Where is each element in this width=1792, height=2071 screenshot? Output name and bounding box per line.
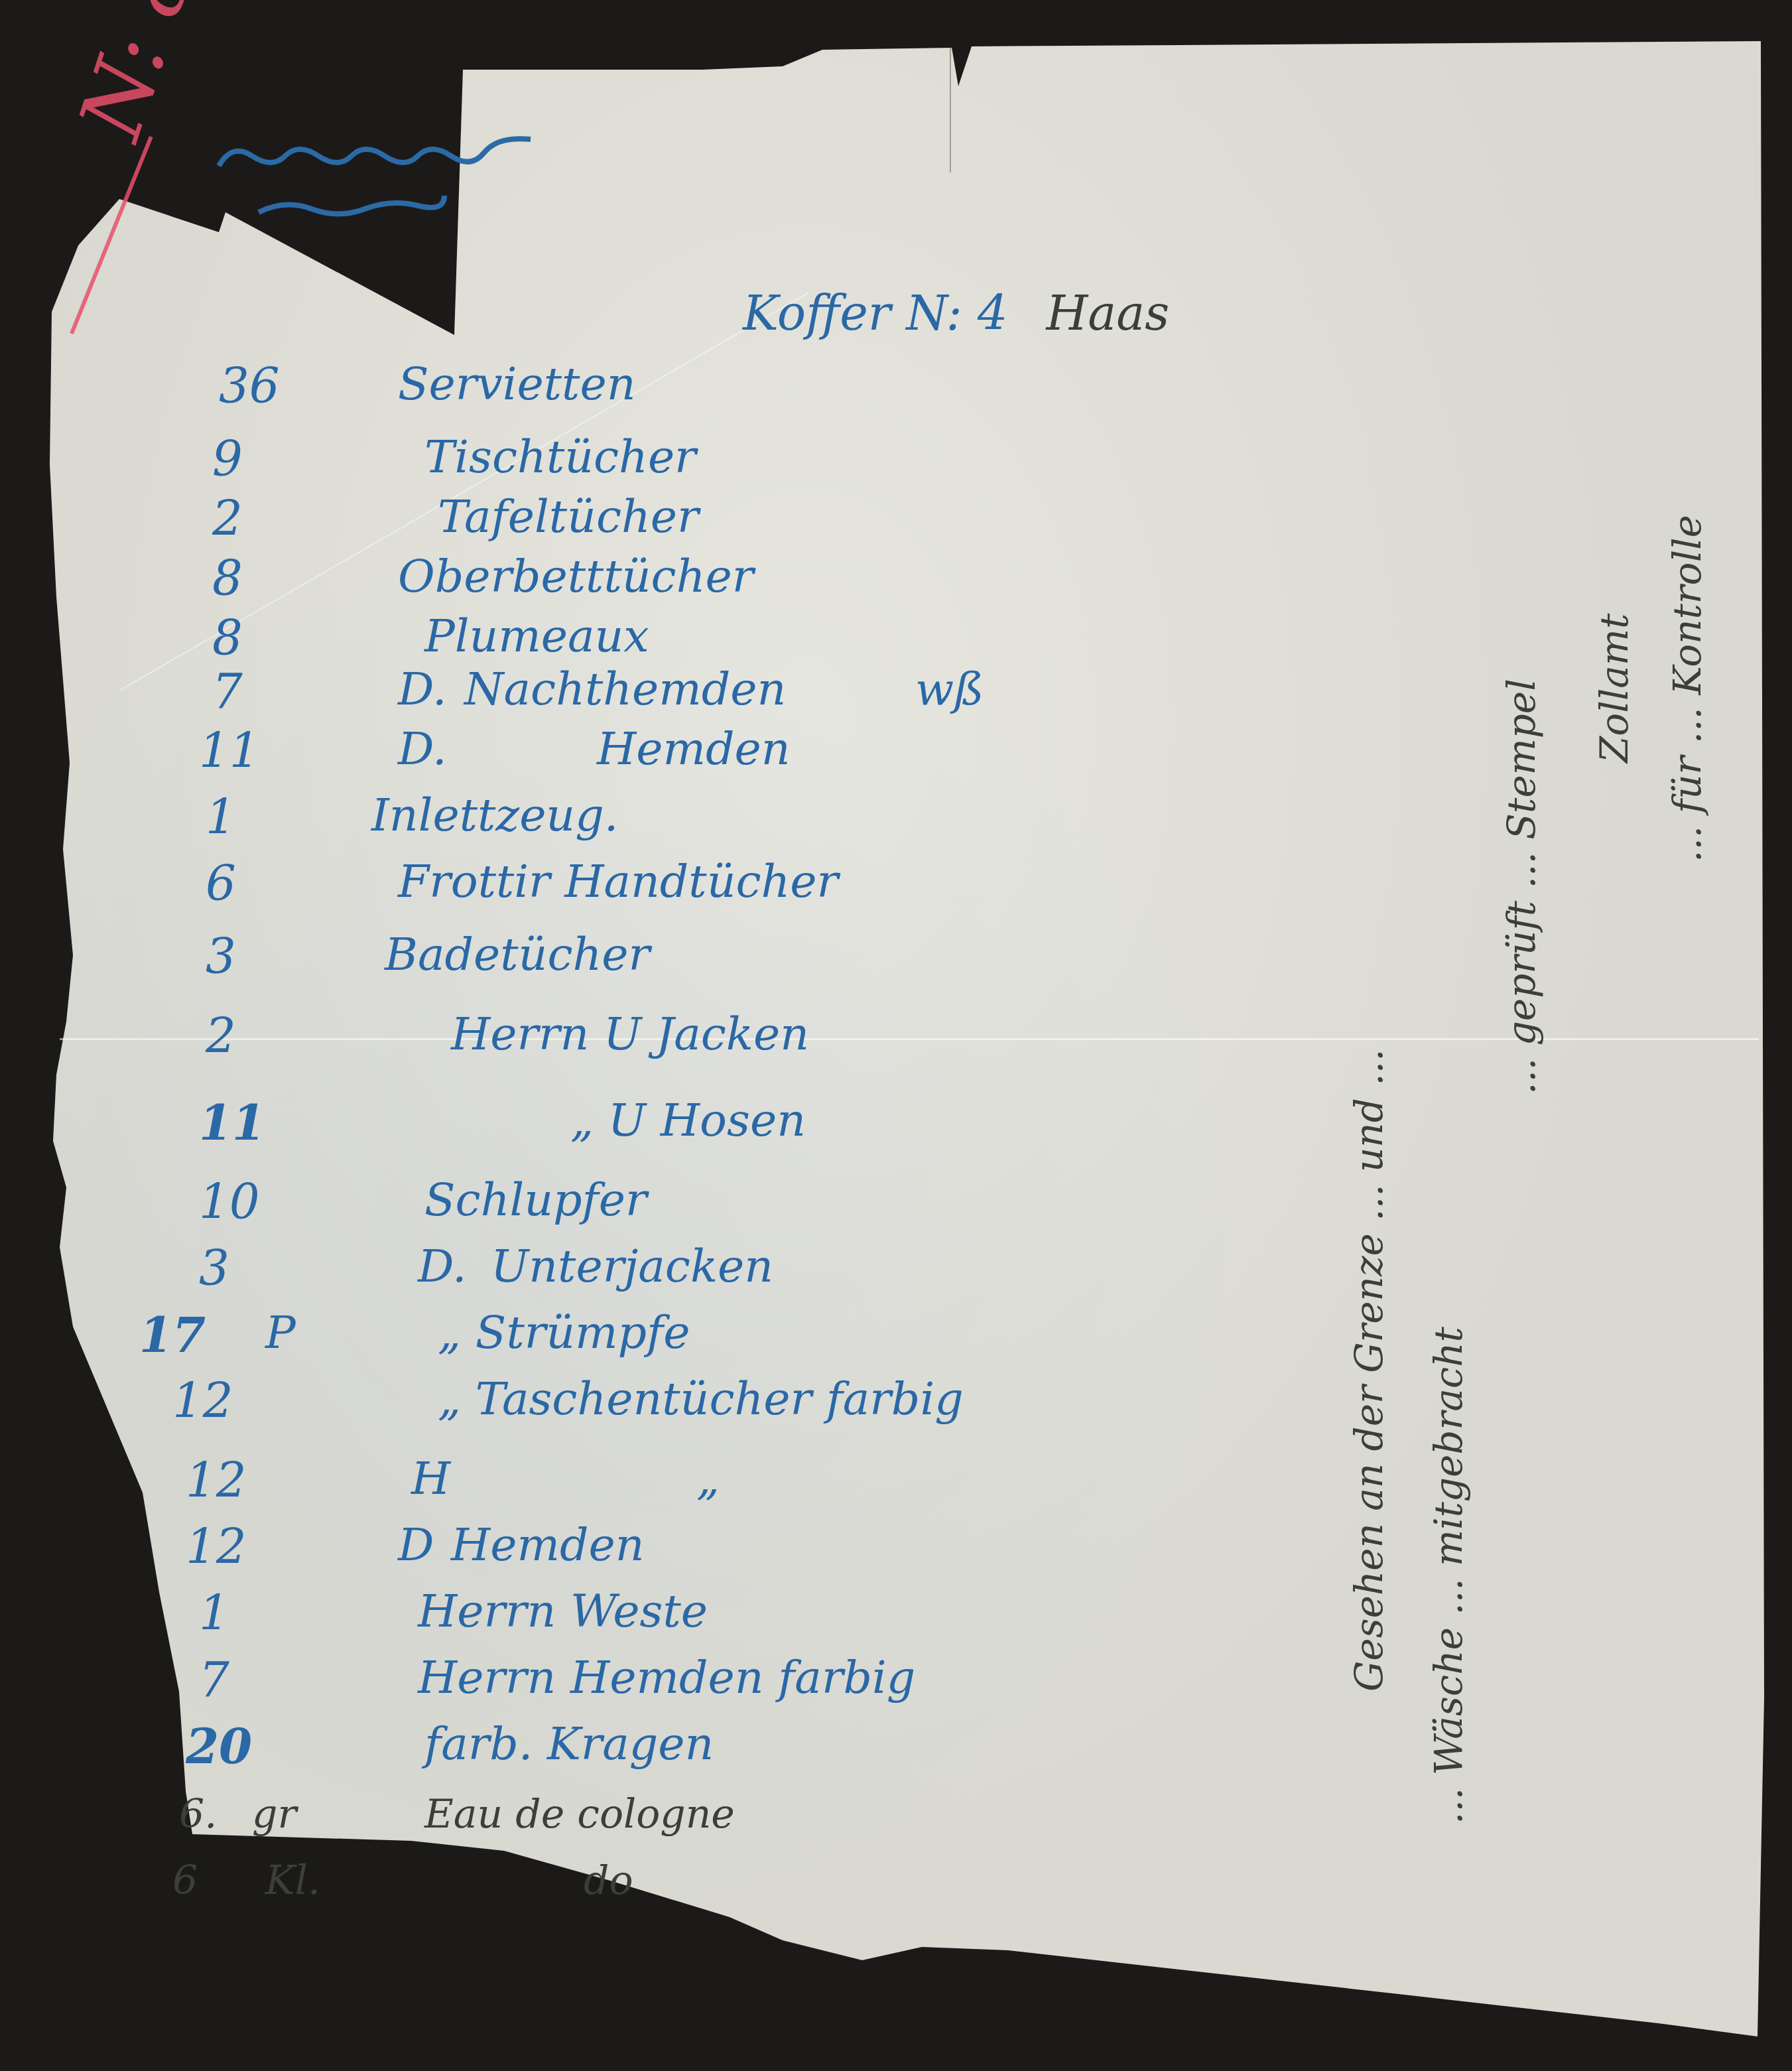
item-label: Schlupfer bbox=[424, 1174, 647, 1227]
item-prefix: D bbox=[398, 1519, 434, 1571]
item-label: „ Taschentücher farbig bbox=[438, 1373, 964, 1426]
item-label: Tafeltücher bbox=[438, 491, 699, 543]
addition-unit: gr bbox=[252, 1791, 296, 1837]
item-qty: 3 bbox=[199, 1240, 229, 1296]
item-qty: 1 bbox=[199, 1585, 229, 1641]
item-label: Plumeaux bbox=[424, 610, 649, 663]
item-qty: 10 bbox=[199, 1174, 260, 1230]
item-prefix: D. bbox=[418, 1240, 467, 1293]
item-prefix: D. bbox=[398, 663, 447, 716]
item-label: Badetücher bbox=[385, 929, 650, 981]
margin-note: Gesehen an der Grenze ... und ... bbox=[1346, 1049, 1391, 1692]
item-qty: 6 bbox=[206, 856, 236, 911]
addition-qty: 6 bbox=[172, 1857, 198, 1904]
item-label: Herrn Hemden farbig bbox=[418, 1652, 915, 1704]
item-qty: 9 bbox=[212, 431, 243, 487]
item-label: Hemden bbox=[451, 1519, 645, 1571]
item-label: Tischtücher bbox=[424, 431, 696, 484]
item-qty: 12 bbox=[186, 1519, 247, 1575]
heading-name: Haas bbox=[1047, 285, 1170, 341]
addition-label: Eau de cologne bbox=[424, 1791, 735, 1837]
item-label: Unterjacken bbox=[491, 1240, 773, 1293]
document-scan: N: 8 Koffer N: 4 Haas 36 Servietten 9 Ti… bbox=[0, 0, 1792, 2071]
item-qty: 8 bbox=[212, 610, 243, 666]
addition-label: do bbox=[584, 1857, 633, 1904]
document-heading: Koffer N: 4 Haas bbox=[743, 285, 1169, 342]
item-prefix: H bbox=[411, 1453, 450, 1505]
item-qty: 7 bbox=[212, 663, 243, 719]
margin-note: ... geprüft ... Stempel bbox=[1499, 679, 1544, 1095]
item-label: farb. Kragen bbox=[424, 1718, 714, 1770]
item-qty: 20 bbox=[186, 1718, 252, 1774]
red-number-mark: N: 8 bbox=[60, 0, 212, 151]
wave-flourish-icon bbox=[212, 129, 544, 182]
item-qty: 11 bbox=[199, 723, 260, 779]
item-qty: 1 bbox=[206, 789, 236, 845]
item-qty: 11 bbox=[199, 1095, 265, 1151]
addition-qty: 6. bbox=[179, 1791, 217, 1837]
item-label: Servietten bbox=[398, 358, 635, 411]
item-label: Herrn U Jacken bbox=[451, 1008, 809, 1061]
item-qty: 12 bbox=[172, 1373, 233, 1429]
item-qty: 3 bbox=[206, 929, 236, 984]
item-label: „ Strümpfe bbox=[438, 1307, 690, 1359]
item-label: „ bbox=[696, 1453, 720, 1505]
item-label: Herrn Weste bbox=[418, 1585, 708, 1638]
wave-flourish-icon bbox=[252, 186, 451, 226]
item-suffix: wß bbox=[915, 663, 984, 716]
item-qty: 17 bbox=[139, 1307, 206, 1363]
margin-note: ... für ... Kontrolle bbox=[1665, 515, 1710, 862]
item-prefix: D. bbox=[398, 723, 447, 775]
item-qty: 7 bbox=[199, 1652, 229, 1707]
item-qty: 2 bbox=[206, 1008, 236, 1064]
item-qty: 12 bbox=[186, 1453, 247, 1508]
item-label: Oberbetttücher bbox=[398, 551, 753, 603]
addition-unit: Kl. bbox=[265, 1857, 320, 1904]
item-qty: 2 bbox=[212, 491, 243, 547]
margin-note: ... Wäsche ... mitgebracht bbox=[1426, 1327, 1471, 1824]
margin-note: Zollamt bbox=[1592, 614, 1637, 763]
heading-label: Koffer N: 4 bbox=[743, 285, 1008, 341]
item-label: Nachthemden bbox=[464, 663, 786, 716]
item-qty: 8 bbox=[212, 551, 243, 606]
item-label: Frottir Handtücher bbox=[398, 856, 838, 908]
item-qty: 36 bbox=[219, 358, 280, 414]
item-label: Inlettzeug. bbox=[371, 789, 618, 842]
item-label: Hemden bbox=[597, 723, 791, 775]
top-tear bbox=[950, 46, 951, 172]
item-label: „ U Hosen bbox=[570, 1095, 806, 1147]
item-prefix: P bbox=[265, 1307, 296, 1359]
